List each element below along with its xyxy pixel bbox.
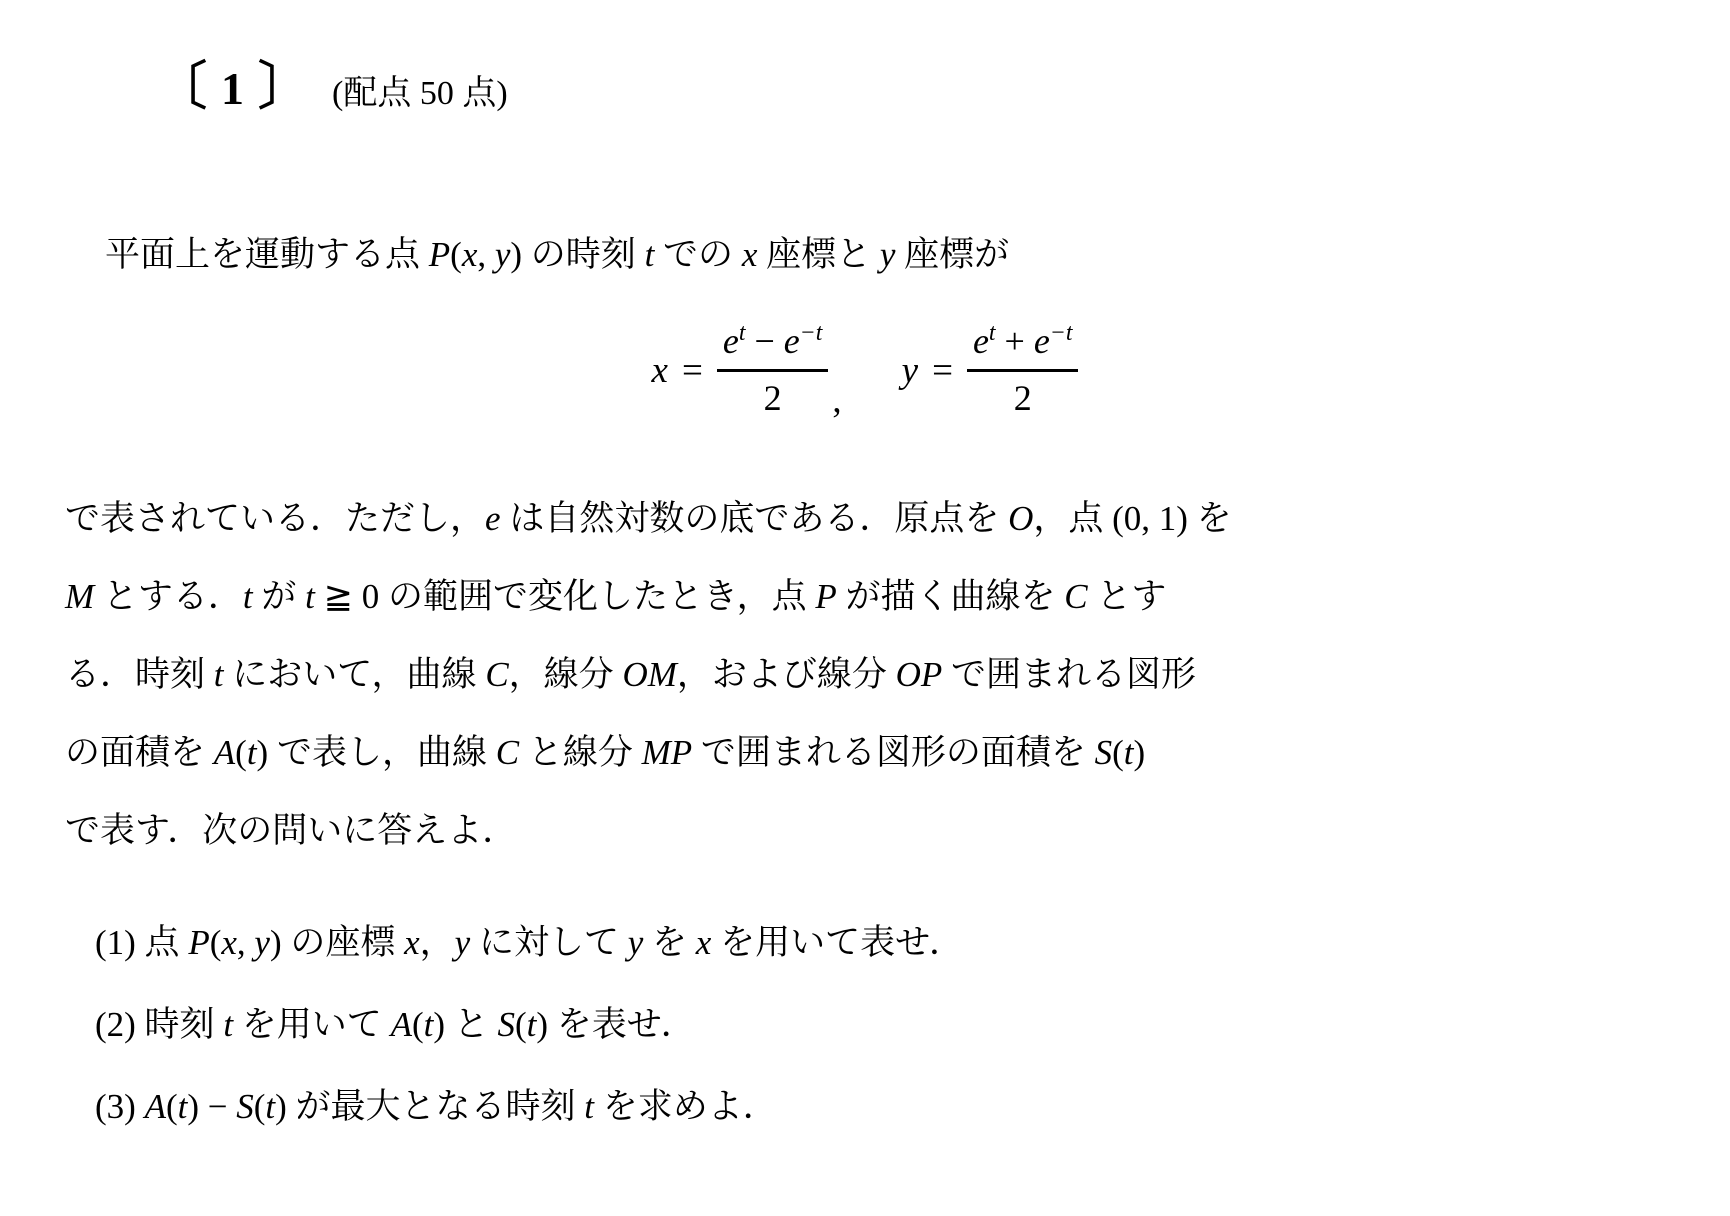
math-var: P: [815, 577, 836, 616]
math-var: MP: [642, 733, 693, 772]
statement-line: の面積を A(t) で表し，曲線 C と線分 MP で囲まれる図形の面積を S(…: [65, 714, 1665, 792]
math-var: y: [455, 923, 471, 962]
problem-number: 1: [221, 62, 244, 115]
math-var: t: [265, 1087, 275, 1126]
math-var: t: [178, 1087, 188, 1126]
math-var: t: [243, 577, 253, 616]
math-var: A: [391, 1005, 412, 1044]
math-var: e: [973, 321, 989, 361]
formula-x-equation: x = et − e−t 2 ,: [652, 321, 842, 419]
text-run: を用いて: [233, 1005, 391, 1044]
text-run: ) を表せ．: [536, 1005, 695, 1044]
text-run: ，および線分: [677, 655, 896, 694]
text-run: ,: [477, 235, 495, 274]
text-run: とする．: [94, 577, 243, 616]
math-var: e: [1034, 321, 1050, 361]
math-var: y: [880, 235, 896, 274]
text-run: を用いて表せ．: [711, 923, 964, 962]
text-run: (: [450, 235, 462, 274]
math-var: P: [429, 235, 450, 274]
math-var: OP: [896, 655, 943, 694]
display-formula: x = et − e−t 2 , y = et + e−t 2: [0, 300, 1730, 440]
math-var: t: [989, 320, 996, 346]
math-var: t: [247, 733, 257, 772]
text-run: 座標と: [757, 235, 880, 274]
math-var: S: [1095, 733, 1113, 772]
math-var: x: [221, 923, 237, 962]
formula-y-lhs: y: [902, 349, 918, 392]
text-run: で表されている．ただし，: [65, 499, 485, 538]
question-1: (1) 点 P(x, y) の座標 x，y に対して y を x を用いて表せ．: [95, 902, 1695, 984]
text-run: (: [254, 1087, 266, 1126]
problem-statement: で表されている．ただし，e は自然対数の底である．原点を O，点 (0, 1) …: [65, 480, 1665, 870]
math-var: e: [784, 321, 800, 361]
math-var: −t: [800, 320, 823, 346]
text-run: と線分: [519, 733, 642, 772]
text-run: ) が最大となる時刻: [275, 1087, 584, 1126]
text-run: ) で表し，曲線: [257, 733, 496, 772]
math-var: t: [305, 577, 315, 616]
statement-line: M とする．t が t ≧ 0 の範囲で変化したとき，点 P が描く曲線を C …: [65, 558, 1665, 636]
fraction-y: et + e−t 2: [967, 321, 1079, 419]
text-run: 座標が: [895, 235, 1009, 274]
text-run: が: [253, 577, 306, 616]
text-run: (: [210, 923, 222, 962]
math-var: t: [527, 1005, 537, 1044]
text-run: が描く曲線を: [837, 577, 1065, 616]
question-list: (1) 点 P(x, y) の座標 x，y に対して y を x を用いて表せ．…: [95, 902, 1695, 1148]
math-var: t: [223, 1005, 233, 1044]
text-run: を: [643, 923, 696, 962]
fraction-y-denominator: 2: [1008, 378, 1038, 419]
math-var: S: [236, 1087, 254, 1126]
text-run: ) の時刻: [510, 235, 644, 274]
text-run: において，曲線: [224, 655, 486, 694]
problem-header: 〔 1 〕 (配点 50 点): [155, 44, 508, 119]
formula-y-equation: y = et + e−t 2: [902, 321, 1079, 419]
text-run: (: [412, 1005, 424, 1044]
statement-line: で表されている．ただし，e は自然対数の底である．原点を O，点 (0, 1) …: [65, 480, 1665, 558]
text-run: ,: [237, 923, 255, 962]
text-run: で囲まれる図形: [942, 655, 1196, 694]
fraction-x-denominator: 2: [758, 378, 788, 419]
math-var: x: [742, 235, 758, 274]
equals-sign: =: [682, 349, 703, 392]
text-run: ，線分: [509, 655, 623, 694]
math-var: M: [65, 577, 94, 616]
text-run: は自然対数の底である．原点を: [501, 499, 1009, 538]
math-var: A: [214, 733, 235, 772]
text-run: (3): [95, 1087, 145, 1126]
math-var: OM: [622, 655, 676, 694]
question-2: (2) 時刻 t を用いて A(t) と S(t) を表せ．: [95, 984, 1695, 1066]
math-var: y: [254, 923, 270, 962]
math-var: C: [496, 733, 519, 772]
math-var: x: [462, 235, 478, 274]
text-run: で表す．次の問いに答えよ．: [65, 811, 517, 850]
statement-line: で表す．次の問いに答えよ．: [65, 792, 1665, 870]
math-var: y: [628, 923, 644, 962]
math-var: x: [696, 923, 712, 962]
text-run: +: [996, 321, 1034, 361]
text-run: を求めよ．: [594, 1087, 778, 1126]
math-var: C: [485, 655, 508, 694]
math-var: e: [723, 321, 739, 361]
math-var: −t: [1050, 320, 1073, 346]
text-run: ) と: [433, 1005, 497, 1044]
text-run: ≧ 0 の範囲で変化したとき，点: [315, 577, 815, 616]
math-var: t: [424, 1005, 434, 1044]
text-run: で囲まれる図形の面積を: [692, 733, 1095, 772]
text-run: とす: [1088, 577, 1167, 616]
math-var: x: [404, 923, 420, 962]
header-bracket-close: 〕: [258, 44, 310, 119]
math-var: t: [1124, 733, 1134, 772]
fraction-bar: [717, 369, 829, 372]
math-var: t: [214, 655, 224, 694]
equals-sign: =: [932, 349, 953, 392]
text-run: に対して: [470, 923, 628, 962]
math-var: t: [584, 1087, 594, 1126]
text-run: ) −: [187, 1087, 236, 1126]
text-run: (2) 時刻: [95, 1005, 223, 1044]
intro-sentence: 平面上を運動する点 P(x, y) の時刻 t での x 座標と y 座標が: [105, 222, 1009, 288]
text-run: (1) 点: [95, 923, 188, 962]
math-var: P: [188, 923, 209, 962]
fraction-bar: [967, 369, 1079, 372]
points-note: (配点 50 点): [332, 65, 508, 114]
text-run: ) の座標: [270, 923, 404, 962]
math-var: y: [495, 235, 511, 274]
formula-separator-comma: ,: [832, 379, 841, 422]
text-run: (: [1112, 733, 1124, 772]
text-run: ): [1134, 733, 1146, 772]
fraction-x: et − e−t 2: [717, 321, 829, 419]
statement-line: る．時刻 t において，曲線 C，線分 OM，および線分 OP で囲まれる図形: [65, 636, 1665, 714]
text-run: (: [166, 1087, 178, 1126]
math-var: t: [645, 235, 655, 274]
text-run: の面積を: [65, 733, 214, 772]
header-bracket-open: 〔: [155, 44, 207, 119]
text-run: ，点 (0, 1) を: [1033, 499, 1231, 538]
text-run: (: [515, 1005, 527, 1044]
text-run: ，: [420, 923, 455, 962]
text-run: 平面上を運動する点: [105, 235, 429, 274]
math-var: A: [145, 1087, 166, 1126]
text-run: (: [235, 733, 247, 772]
fraction-x-numerator: et − e−t: [717, 321, 829, 362]
question-3: (3) A(t) − S(t) が最大となる時刻 t を求めよ．: [95, 1066, 1695, 1148]
text-run: での: [654, 235, 742, 274]
fraction-y-numerator: et + e−t: [967, 321, 1079, 362]
math-var: C: [1064, 577, 1087, 616]
text-run: る．時刻: [65, 655, 214, 694]
formula-x-lhs: x: [652, 349, 668, 392]
math-var: e: [485, 499, 501, 538]
math-var: O: [1008, 499, 1033, 538]
text-run: −: [745, 321, 783, 361]
math-var: S: [498, 1005, 516, 1044]
